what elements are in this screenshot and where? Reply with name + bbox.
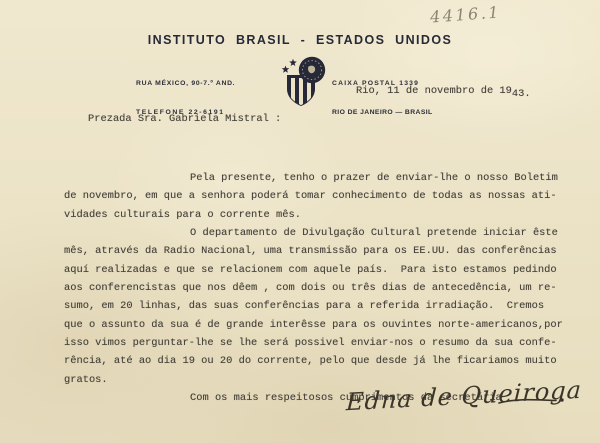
letter-line: rência, até ao dia 19 ou 20 do corrente,…: [64, 352, 569, 370]
letter-line: vidades culturais para o corrente mês.: [64, 206, 569, 224]
letter-line: aos conferencistas que nos dêem , com do…: [64, 279, 569, 297]
signature-flourish-icon: [498, 390, 570, 408]
salutation: Prezada Sra. Gabriela Mistral :: [88, 113, 281, 125]
address-street: RUA MÉXICO, 90-7.º AND.: [136, 79, 235, 89]
letter-line: aquí realizadas e que se relacionem com …: [64, 261, 569, 279]
archive-number: 4416.1: [429, 3, 501, 27]
scanned-letter-page: 4416.1 INSTITUTO BRASIL - ESTADOS UNIDOS…: [0, 0, 600, 443]
letterhead-title: INSTITUTO BRASIL - ESTADOS UNIDOS: [0, 33, 600, 47]
letter-line: sumo, em 20 linhas, das suas conferência…: [64, 297, 569, 315]
star-icon: [289, 59, 297, 66]
letter-line: Pela presente, tenho o prazer de enviar-…: [64, 169, 569, 187]
letterhead-address-right: CAIXA POSTAL 1339 RIO DE JANEIRO — BRASI…: [332, 60, 433, 136]
date-year: 43.: [512, 88, 531, 100]
star-icon: [282, 66, 290, 73]
letter-line: O departamento de Divulgação Cultural pr…: [64, 224, 569, 242]
date-line: Rio, 11 de novembro de 1943.: [356, 85, 531, 97]
letter-line: isso vimos perguntar-lhe se lhe será pos…: [64, 334, 569, 352]
institute-shield-globe-logo-icon: [278, 56, 330, 108]
letter-line: que o assunto da sua é de grande interês…: [64, 316, 569, 334]
address-city: RIO DE JANEIRO — BRASIL: [332, 108, 433, 118]
letter-line: mês, através da Radio Nacional, uma tran…: [64, 242, 569, 260]
letter-line: de novembro, em que a senhora poderá tom…: [64, 187, 569, 205]
date-prefix: Rio, 11 de novembro de 19: [356, 85, 512, 97]
